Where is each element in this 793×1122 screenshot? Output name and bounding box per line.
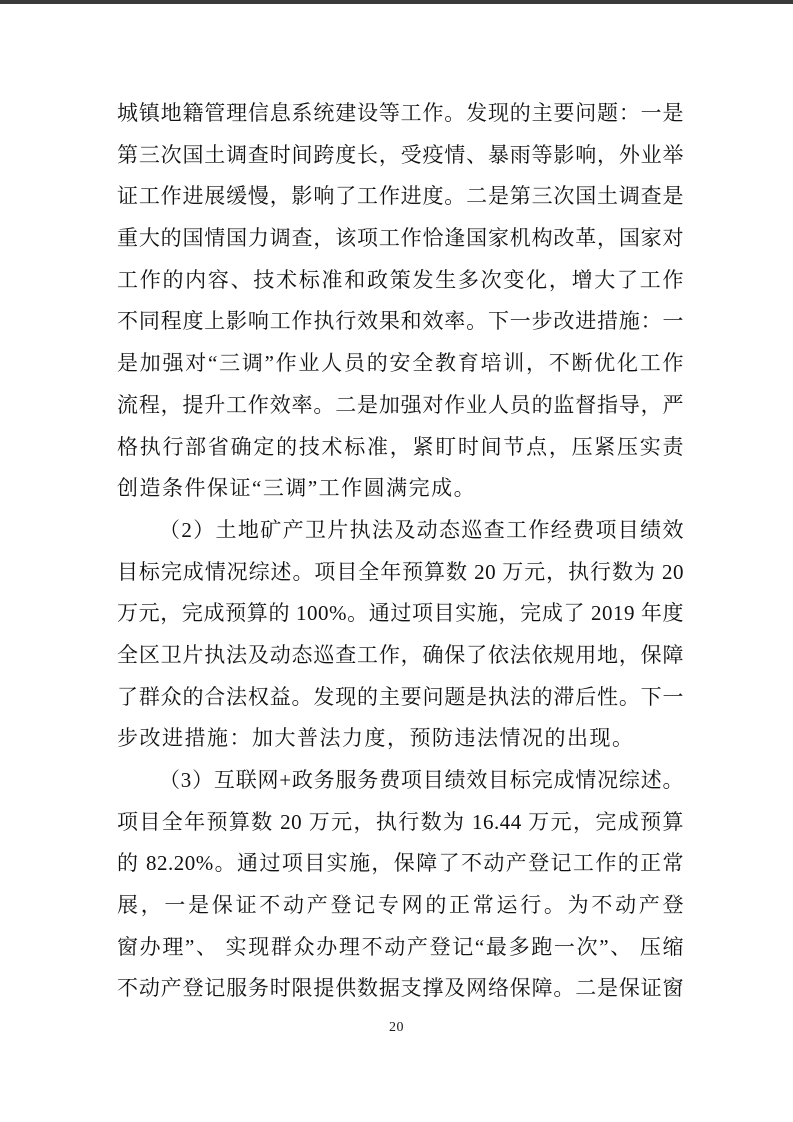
text-line: 格执行部省确定的技术标准，紧盯时间节点，压紧压实责任， (117, 427, 684, 469)
text-line: 创造条件保证“三调”工作圆满完成。 (117, 468, 684, 510)
text-line: 项目全年预算数 20 万元，执行数为 16.44 万元，完成预算 (117, 802, 684, 844)
text-line: 流程，提升工作效率。二是加强对作业人员的监督指导，严 (117, 385, 684, 427)
page-footer: 20 (0, 1018, 793, 1036)
text-line: （3）互联网+政务服务费项目绩效目标完成情况综述。 (117, 760, 684, 802)
text-line: 不动产登记服务时限提供数据支撑及网络保障。二是保证窗 (117, 968, 684, 1010)
text-line: 是加强对“三调”作业人员的安全教育培训，不断优化工作 (117, 343, 684, 385)
text-line: 全区卫片执法及动态巡查工作，确保了依法依规用地，保障 (117, 635, 684, 677)
text-line: （2）土地矿产卫片执法及动态巡查工作经费项目绩效 (117, 510, 684, 552)
page-number: 20 (389, 1020, 404, 1035)
text-line: 万元，完成预算的 100%。通过项目实施，完成了 2019 年度 (117, 593, 684, 635)
document-page: 城镇地籍管理信息系统建设等工作。发现的主要问题：一是第三次国土调查时间跨度长，受… (0, 0, 793, 1122)
text-line: 目标完成情况综述。项目全年预算数 20 万元，执行数为 20 (117, 552, 684, 594)
text-line: 步改进措施：加大普法力度，预防违法情况的出现。 (117, 718, 684, 760)
text-line: 城镇地籍管理信息系统建设等工作。发现的主要问题：一是 (117, 93, 684, 135)
text-line: 工作的内容、技术标准和政策发生多次变化，增大了工作量， (117, 260, 684, 302)
text-line: 的 82.20%。通过项目实施，保障了不动产登记工作的正常开 (117, 843, 684, 885)
document-body: 城镇地籍管理信息系统建设等工作。发现的主要问题：一是第三次国土调查时间跨度长，受… (117, 93, 684, 1010)
text-line: 了群众的合法权益。发现的主要问题是执法的滞后性。下一 (117, 677, 684, 719)
text-line: 重大的国情国力调查，该项工作恰逢国家机构改革，国家对 (117, 218, 684, 260)
text-line: 证工作进展缓慢，影响了工作进度。二是第三次国土调查是 (117, 176, 684, 218)
text-line: 第三次国土调查时间跨度长，受疫情、暴雨等影响，外业举 (117, 135, 684, 177)
text-line: 展，一是保证不动产登记专网的正常运行。为不动产登记“一 (117, 885, 684, 927)
text-line: 窗办理”、 实现群众办理不动产登记“最多跑一次”、 压缩 (117, 927, 684, 969)
text-line: 不同程度上影响工作执行效果和效率。下一步改进措施：一 (117, 301, 684, 343)
scan-edge-bar (0, 0, 793, 4)
